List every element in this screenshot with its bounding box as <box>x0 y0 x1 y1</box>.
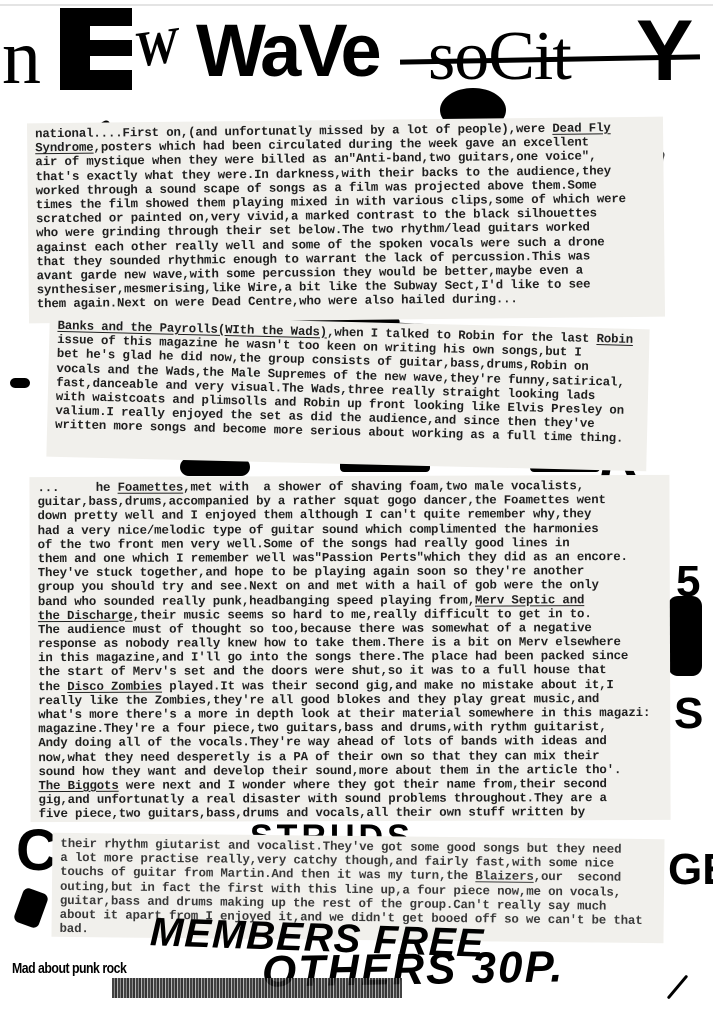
graffiti-letter: GE <box>668 848 713 892</box>
band-name: Syndrome <box>35 141 93 156</box>
article-slip-1: national....First on,(and unfortunatly m… <box>27 117 665 324</box>
typed-line: five piece,two guitars,bass,drums and vo… <box>39 805 663 821</box>
marker-stroke <box>13 887 50 930</box>
band-name: Dead Fly <box>552 121 610 136</box>
graffiti-letter: S <box>674 692 703 736</box>
scan-noise <box>112 978 402 998</box>
band-name: Robin <box>596 332 633 347</box>
masthead-letter-w: W <box>131 19 182 75</box>
masthead: n E W WaVe soCit Y <box>0 0 713 130</box>
masthead-word-wave: WaVe <box>196 14 379 88</box>
masthead-letter-e: E <box>60 8 132 90</box>
article-slip-3: ... he Foamettes,met with a shower of sh… <box>29 475 670 822</box>
marker-stroke <box>10 378 30 388</box>
band-name: the Discharge <box>38 608 133 622</box>
masthead-letter-y: Y <box>636 8 693 94</box>
pen-mark <box>667 975 689 1000</box>
band-name: The Biggots <box>38 779 118 793</box>
band-name: Disco Zombies <box>67 679 162 693</box>
typed-line: down pretty well and I enjoyed them alth… <box>38 507 662 523</box>
ink-blob <box>668 596 702 676</box>
footer-tagline: Mad about punk rock <box>12 960 126 977</box>
typed-line: Andy doing all of the vocals.They're way… <box>38 734 662 750</box>
band-name: Blaizers <box>475 870 533 885</box>
article-slip-2: Banks and the Payrolls(WIth the Wads),wh… <box>46 315 649 472</box>
band-name: Merv Septic and <box>475 593 584 607</box>
masthead-letter-n: n <box>2 18 41 96</box>
band-name: Foamettes <box>118 481 184 495</box>
